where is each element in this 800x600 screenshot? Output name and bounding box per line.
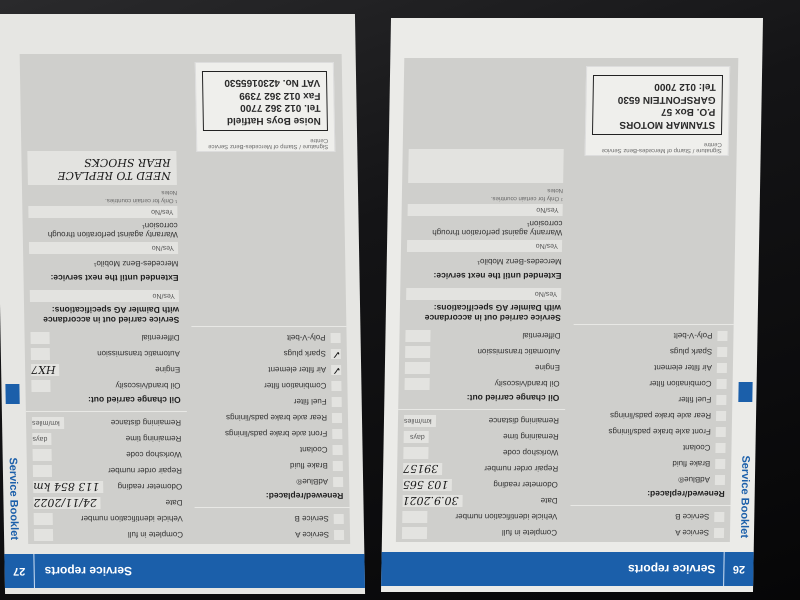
renewed-item[interactable]: Coolant [577,441,726,455]
field-input[interactable]: 39157 [403,463,442,475]
field-input[interactable] [34,529,53,541]
service-option[interactable]: Service A [201,528,344,542]
renewed-item[interactable]: Brake fluid [200,459,343,473]
form-field: Workshop code [33,448,182,462]
checkmark-icon[interactable]: ✓ [331,349,341,359]
field-input[interactable] [402,527,427,539]
page-26: 26 Service reports Service Booklet Servi… [381,18,763,592]
field-input[interactable] [33,465,52,477]
photo-background: 26 Service reports Service Booklet Servi… [0,0,800,600]
form-field: Differential [405,329,560,343]
stamp-line: GARSFONTEIN 6530 [599,93,716,106]
oil-change-heading: Oil change carried out: [404,393,559,403]
renewed-list: AdBlue®Brake fluidCoolantFront axle brak… [571,329,734,487]
field-input[interactable]: days [32,433,51,445]
field-label: Odometer reading [103,483,182,492]
field-input[interactable] [405,378,430,390]
form-field: Automatic transmission [31,347,180,361]
checkbox[interactable] [717,331,727,341]
checkbox[interactable] [332,429,342,439]
field-input[interactable]: 103 565 [403,479,453,491]
field-input[interactable] [34,513,53,525]
field-label: Complete in full [53,531,183,540]
field-label: Date [101,499,183,508]
notes-field[interactable] [408,149,564,183]
form-field: Repair order number39157 [403,462,558,476]
form-field: Engine [405,361,560,375]
field-input[interactable]: 113 854 km [33,481,103,493]
form-field: Vehicle identification number [34,512,183,526]
checkbox[interactable] [333,477,343,487]
form-field: Remaining distancekm/miles [404,414,559,428]
daimler-heading: Service carried out in accordance with D… [30,305,179,325]
field-label: Remaining time [51,435,181,444]
form-field: Remaining distancekm/miles [32,416,181,430]
field-input[interactable] [405,330,430,342]
field-label: Remaining distance [436,417,560,426]
footnote: ¹ Only for certain countries. [28,197,177,203]
field-label: Repair order number [442,465,558,474]
renewed-item[interactable]: Front axle brake pads/linings [577,425,726,439]
checkbox[interactable] [714,528,724,538]
stamp-line: Tel. 012 362 7700 [210,101,321,114]
stamp-line: VAT No. 4230165530 [209,76,320,89]
field-label: Differential [50,334,180,343]
field-input[interactable] [33,449,52,461]
page-number: 26 [723,552,754,586]
service-option[interactable]: Service A [576,526,725,540]
form-field: Odometer reading113 854 km [33,480,182,494]
form-field: Remaining timedays [404,430,559,444]
checkbox[interactable] [717,347,727,357]
renewed-item[interactable]: Fuel filter [578,393,727,407]
oil-change-heading: Oil change carried out: [32,395,181,405]
mobilo-field[interactable]: Yes/No [407,240,562,252]
form-left-column: Service A Service B Renewed/replaced: Ad… [187,54,350,544]
checkbox[interactable] [332,445,342,455]
field-input[interactable] [405,346,430,358]
field-label: Remaining distance [64,419,182,428]
form-right-column: Complete in fullVehicle identification n… [396,58,571,542]
notes-field[interactable]: NEED TO REPLACE REAR SHOCKS [27,151,177,185]
stamp-line: Noise Boys Hatfield [210,114,321,127]
form-field: Odometer reading103 565 [403,478,558,492]
form-field: Complete in full [34,528,183,542]
field-label: Vehicle identification number [427,513,557,522]
mobilo-heading: Extended until the next service: [29,273,178,283]
warranty-field[interactable]: Yes/No [28,206,177,218]
field-input[interactable] [403,447,428,459]
form-field: Automatic transmission [405,345,560,359]
workshop-stamp: Signature / Stamp of Mercedes-Benz Servi… [195,62,335,152]
renewed-item[interactable]: AdBlue® [577,473,726,487]
field-label: Differential [430,332,560,341]
field-label: Vehicle identification number [53,515,183,524]
notes-label: Notes [28,189,177,195]
renewed-heading: Renewed/replaced: [576,489,724,499]
field-label: Oil brand/viscosity [430,380,560,389]
page-header-title: Service reports [628,562,724,576]
checkbox[interactable] [716,427,726,437]
field-label: Engine [430,364,560,373]
field-label: Complete in full [427,529,557,538]
workshop-stamp: Signature / Stamp of Mercedes-Benz Servi… [584,66,730,156]
checkbox[interactable] [332,397,342,407]
oil-list: Oil brand/viscosityEngineAutomatic trans… [398,329,566,391]
daimler-field[interactable]: Yes/No [30,290,179,302]
checkbox[interactable] [717,363,727,373]
renewed-item[interactable]: Coolant [200,443,343,457]
page-header-band: 26 Service reports [381,552,754,586]
page-header-band: Service reports 27 [4,554,365,588]
form-field: Vehicle identification number [402,510,557,524]
renewed-item[interactable]: ✓Air filter element [198,363,341,377]
renewed-item[interactable]: Poly-V-belt [579,329,728,343]
oil-list: Oil brand/viscosityEngineHX7Automatic tr… [24,331,186,393]
form-field: Complete in full [402,526,557,540]
notes-label: Notes [408,187,563,193]
checkbox[interactable] [715,459,725,469]
page-number: 27 [4,554,35,588]
service-report-form: Service A Service B Renewed/replaced: Ad… [20,54,351,544]
form-right-column: Complete in fullVehicle identification n… [20,54,190,544]
field-label: Automatic transmission [430,348,560,357]
field-label: Repair order number [52,467,182,476]
field-input[interactable] [31,380,50,392]
stamp-line: P.O. Box 57 [599,105,716,118]
renewed-item[interactable]: Fuel filter [199,395,342,409]
mobilo-field[interactable]: Yes/No [29,242,178,254]
form-left-column: Service A Service B Renewed/replaced: Ad… [570,58,739,542]
renewed-heading: Renewed/replaced: [201,491,344,501]
form-field: Remaining timedays [32,432,181,446]
field-label: Remaining time [429,433,559,442]
stamp-line: Fax 012 362 7399 [210,89,321,102]
renewed-item[interactable]: Brake fluid [577,457,726,471]
checkbox[interactable] [717,379,727,389]
footnote: ¹ Only for certain countries. [408,195,563,201]
form-field: Repair order number [33,464,182,478]
form-field: Workshop code [403,446,558,460]
field-label: Workshop code [428,449,558,458]
form-field: EngineHX7 [31,363,180,377]
checkmark-icon[interactable]: ✓ [331,365,341,375]
renewed-item[interactable]: Combination filter [199,379,342,393]
renewed-list: AdBlue®Brake fluidCoolantFront axle brak… [192,331,349,489]
warranty-field[interactable]: Yes/No [408,204,563,216]
service-option[interactable]: Service B [576,510,725,524]
field-label: Engine [60,366,181,375]
page-27: Service reports 27 Service Booklet Servi… [0,14,365,594]
form-field: Date30.9.2021 [402,494,557,508]
daimler-field[interactable]: Yes/No [406,288,561,300]
stamp-line: Tel: 012 7000 [599,80,716,93]
form-field: Oil brand/viscosity [404,377,559,391]
stamp-text: STANMAR MOTORSP.O. Box 57GARSFONTEIN 653… [592,75,723,135]
section-label: Service Booklet [7,457,20,540]
checkbox[interactable] [331,381,341,391]
field-label: Workshop code [52,451,182,460]
field-input[interactable]: 24/11/2022 [33,497,101,509]
renewed-item[interactable]: Front axle brake pads/linings [200,427,343,441]
checkbox[interactable] [334,530,344,540]
checkbox[interactable] [333,461,343,471]
service-booklet: 26 Service reports Service Booklet Servi… [0,0,800,600]
checkbox[interactable] [332,413,342,423]
renewed-item[interactable]: AdBlue® [200,475,343,489]
field-label: Date [462,497,557,506]
checkbox[interactable] [716,395,726,405]
field-list: Complete in fullVehicle identification n… [26,416,189,542]
field-input[interactable] [31,348,50,360]
renewed-item[interactable]: Spark plugs [579,345,728,359]
service-report-form: Service A Service B Renewed/replaced: Ad… [396,58,738,542]
checkbox[interactable] [716,411,726,421]
checkbox[interactable] [714,512,724,522]
renewed-item[interactable]: Rear axle brake pads/linings [199,411,342,425]
field-input[interactable]: 30.9.2021 [402,495,462,507]
checkbox[interactable] [715,475,725,485]
field-label: Odometer reading [452,481,558,490]
renewed-item[interactable]: Poly-V-belt [198,331,341,345]
field-input[interactable] [405,362,430,374]
page-header-title: Service reports [35,564,365,578]
stamp-text: Noise Boys HatfieldTel. 012 362 7700Fax … [202,71,328,131]
section-marker [738,382,752,402]
field-input[interactable] [402,511,427,523]
section-label: Service Booklet [738,455,751,538]
field-input[interactable] [30,332,49,344]
field-input[interactable]: km/miles [32,417,64,429]
renewed-item[interactable]: Combination filter [578,377,727,391]
field-input[interactable]: HX7 [31,364,60,376]
field-input[interactable]: km/miles [404,415,436,427]
form-field: Differential [30,331,179,345]
field-label: Oil brand/viscosity [50,382,180,391]
field-input[interactable]: days [404,431,429,443]
section-marker [5,384,19,404]
field-label: Automatic transmission [50,350,180,359]
checkbox[interactable] [334,514,344,524]
checkbox[interactable] [715,443,725,453]
checkbox[interactable] [331,333,341,343]
renewed-item[interactable]: Rear axle brake pads/linings [578,409,727,423]
form-field: Date24/11/2022 [33,496,182,510]
service-option[interactable]: Service B [201,512,344,526]
form-field: Oil brand/viscosity [31,379,180,393]
daimler-heading: Service carried out in accordance with D… [406,303,561,323]
renewed-item[interactable]: ✓Spark plugs [198,347,341,361]
stamp-line: STANMAR MOTORS [599,118,716,131]
mobilo-heading: Extended until the next service: [406,271,561,281]
renewed-item[interactable]: Air filter element [578,361,727,375]
field-list: Complete in fullVehicle identification n… [396,414,565,540]
